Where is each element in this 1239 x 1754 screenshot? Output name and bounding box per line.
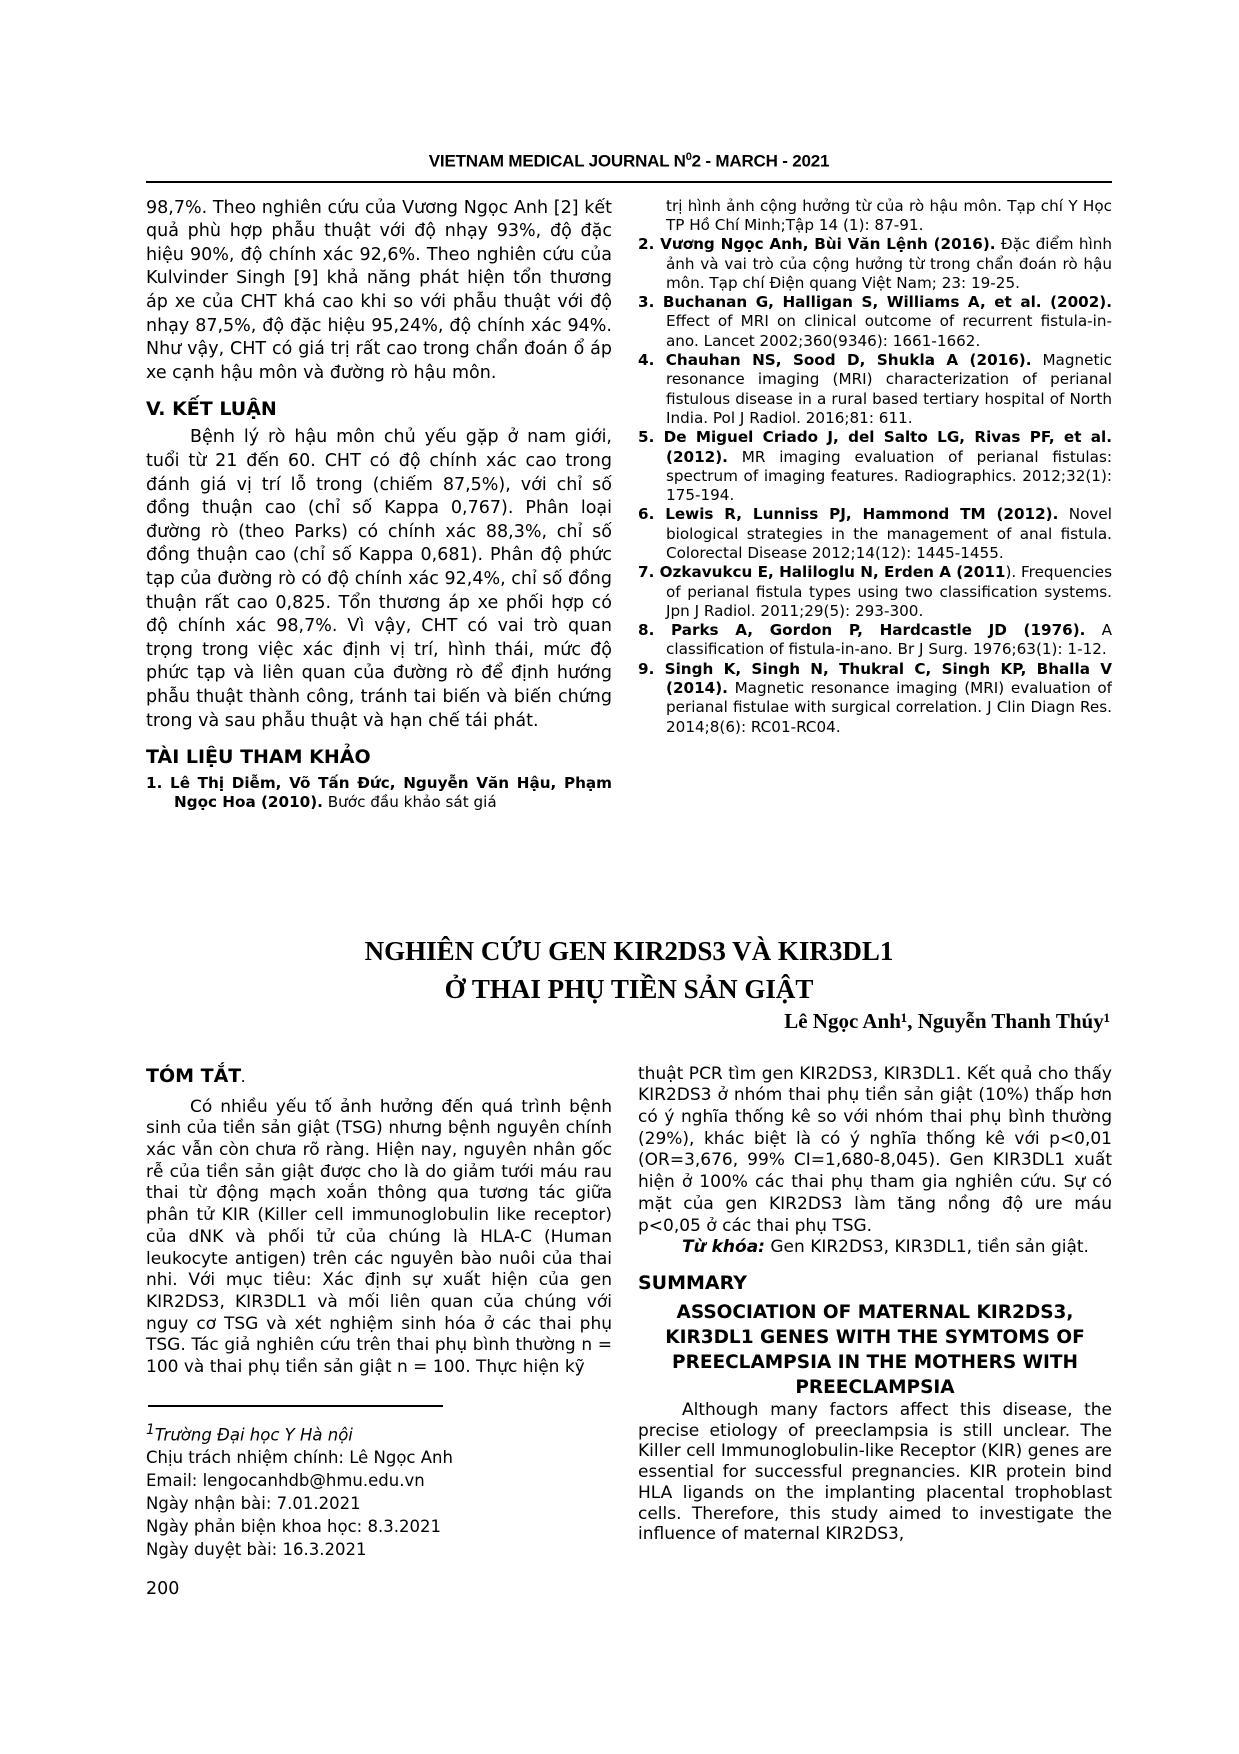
summary-paragraph: Although many factors affect this diseas…: [638, 1400, 1112, 1545]
journal-header: VIETNAM MEDICAL JOURNAL N02 - MARCH - 20…: [146, 146, 1112, 183]
summary-title: ASSOCIATION OF MATERNAL KIR2DS3, KIR3DL1…: [638, 1300, 1112, 1400]
article-title: NGHIÊN CỨU GEN KIR2DS3 VÀ KIR3DL1 Ở THAI…: [146, 932, 1112, 1008]
keywords: Từ khóa: Gen KIR2DS3, KIR3DL1, tiền sản …: [638, 1237, 1112, 1259]
reference-text: Bước đầu khảo sát giá: [323, 793, 497, 811]
footnote-line: Chịu trách nhiệm chính: Lê Ngọc Anh: [146, 1446, 612, 1469]
continuation-paragraph: 98,7%. Theo nghiên cứu của Vương Ngọc An…: [146, 197, 612, 386]
references-heading: TÀI LIỆU THAM KHẢO: [146, 745, 612, 769]
reference-authors: 3. Buchanan G, Halligan S, Williams A, e…: [638, 293, 1112, 311]
summary-heading: SUMMARY: [638, 1271, 1112, 1295]
footnote-affiliation-superscript: 1: [146, 1422, 155, 1438]
article-title-line2: Ở THAI PHỤ TIỀN SẢN GIẬT: [146, 970, 1112, 1008]
article-title-line1: NGHIÊN CỨU GEN KIR2DS3 VÀ KIR3DL1: [146, 932, 1112, 970]
journal-header-text-suffix: 2 - MARCH - 2021: [692, 152, 830, 171]
reference-item: 9. Singh K, Singh N, Thukral C, Singh KP…: [638, 660, 1112, 737]
right-column: trị hình ảnh cộng hưởng từ của rò hậu mô…: [638, 197, 1112, 892]
reference-text: MR imaging evaluation of perianal fistul…: [666, 448, 1112, 505]
footnote-divider: [148, 1405, 443, 1407]
abstract-heading-dot: .: [241, 1074, 245, 1085]
reference-item: 4. Chauhan NS, Sood D, Shukla A (2016). …: [638, 351, 1112, 428]
reference-authors: 4. Chauhan NS, Sood D, Shukla A (2016).: [638, 351, 1031, 369]
reference-text: Magnetic resonance imaging (MRI) evaluat…: [666, 679, 1112, 736]
conclusion-heading: V. KẾT LUẬN: [146, 397, 612, 421]
article-body-section: TÓM TẮT. Có nhiều yếu tố ảnh hưởng đến q…: [146, 1064, 1112, 1600]
footnote-affiliation: 1Trường Đại học Y Hà nội: [146, 1419, 612, 1447]
left-column: TÓM TẮT. Có nhiều yếu tố ảnh hưởng đến q…: [146, 1064, 612, 1600]
reference-authors: 2. Vương Ngọc Anh, Bùi Văn Lệnh (2016).: [638, 235, 996, 253]
footnote-line: Ngày phản biện khoa học: 8.3.2021: [146, 1515, 612, 1538]
reference-item: 5. De Miguel Criado J, del Salto LG, Riv…: [638, 428, 1112, 505]
reference-authors: 7. Ozkavukcu E, Haliloglu N, Erden A (20…: [638, 563, 1005, 581]
abstract-paragraph-left: Có nhiều yếu tố ảnh hưởng đến quá trình …: [146, 1097, 612, 1379]
reference-item: 6. Lewis R, Lunniss PJ, Hammond TM (2012…: [638, 505, 1112, 563]
conclusion-paragraph: Bệnh lý rò hậu môn chủ yếu gặp ở nam giớ…: [146, 426, 612, 733]
footnote-line: Ngày nhận bài: 7.01.2021: [146, 1492, 612, 1515]
abstract-paragraph-right: thuật PCR tìm gen KIR2DS3, KIR3DL1. Kết …: [638, 1064, 1112, 1238]
page-number: 200: [146, 1579, 612, 1599]
previous-article-section: 98,7%. Theo nghiên cứu của Vương Ngọc An…: [146, 197, 1112, 892]
reference-item: 1. Lê Thị Diễm, Võ Tấn Đức, Nguyễn Văn H…: [146, 774, 612, 813]
keywords-label: Từ khóa:: [682, 1237, 765, 1257]
footnote: 1Trường Đại học Y Hà nội Chịu trách nhiệ…: [146, 1405, 612, 1562]
reference-text: Effect of MRI on clinical outcome of rec…: [666, 312, 1112, 349]
journal-header-text: VIETNAM MEDICAL JOURNAL N: [429, 152, 686, 171]
reference-item: 3. Buchanan G, Halligan S, Williams A, e…: [638, 293, 1112, 351]
reference-item: 7. Ozkavukcu E, Haliloglu N, Erden A (20…: [638, 563, 1112, 621]
journal-page: VIETNAM MEDICAL JOURNAL N02 - MARCH - 20…: [0, 0, 1239, 1754]
abstract-heading: TÓM TẮT.: [146, 1064, 612, 1092]
authors: Lê Ngọc Anh¹, Nguyễn Thanh Thúy¹: [146, 1008, 1112, 1034]
reference-item: 8. Parks A, Gordon P, Hardcastle JD (197…: [638, 621, 1112, 660]
keywords-text: Gen KIR2DS3, KIR3DL1, tiền sản giật.: [765, 1237, 1089, 1257]
footnote-line: Ngày duyệt bài: 16.3.2021: [146, 1538, 612, 1561]
footnote-line: Email: lengocanhdb@hmu.edu.vn: [146, 1469, 612, 1492]
reference-authors: 8. Parks A, Gordon P, Hardcastle JD (197…: [638, 621, 1085, 639]
left-column: 98,7%. Theo nghiên cứu của Vương Ngọc An…: [146, 197, 612, 892]
reference-item: 2. Vương Ngọc Anh, Bùi Văn Lệnh (2016). …: [638, 235, 1112, 293]
right-column: thuật PCR tìm gen KIR2DS3, KIR3DL1. Kết …: [638, 1064, 1112, 1600]
reference-continuation: trị hình ảnh cộng hưởng từ của rò hậu mô…: [638, 197, 1112, 236]
reference-authors: 6. Lewis R, Lunniss PJ, Hammond TM (2012…: [638, 505, 1058, 523]
